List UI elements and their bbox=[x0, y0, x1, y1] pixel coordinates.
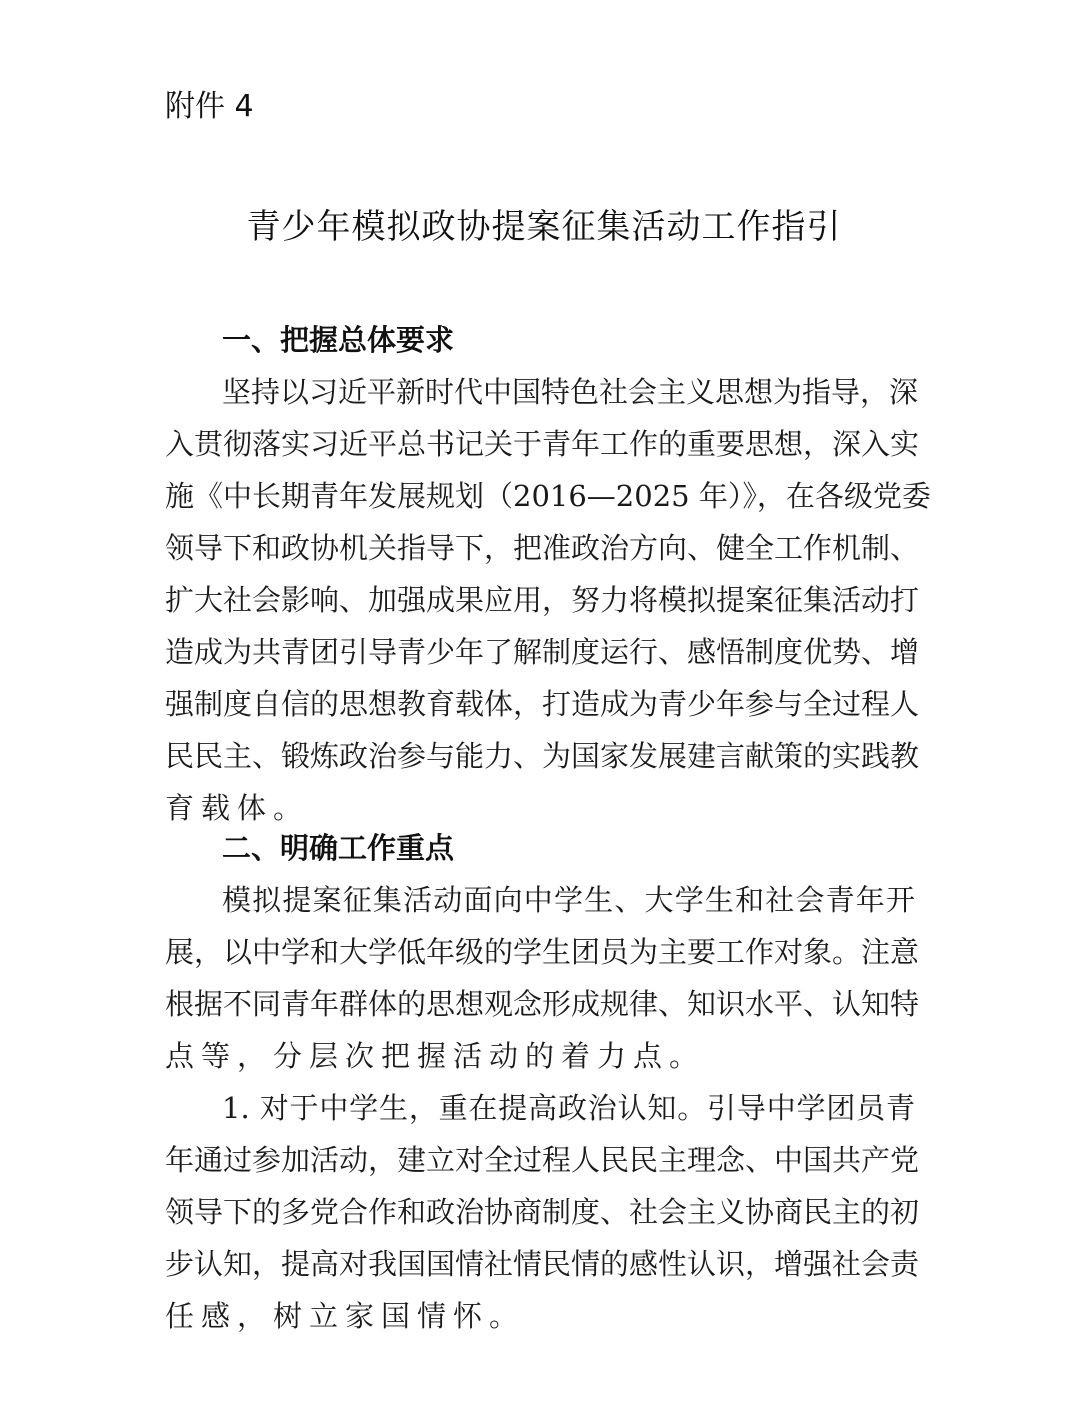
section-heading-overall-requirements: 一、把握总体要求 bbox=[222, 320, 454, 360]
paragraph-line: 模拟提案征集活动面向中学生、大学生和社会青年开 bbox=[222, 880, 915, 920]
paragraph-line: 领导下的多党合作和政治协商制度、社会主义协商民主的初 bbox=[165, 1192, 915, 1232]
document-title: 青少年模拟政协提案征集活动工作指引 bbox=[0, 204, 1080, 250]
paragraph-line: 入贯彻落实习近平总书记关于青年工作的重要思想，深入实 bbox=[165, 424, 915, 464]
paragraph-line: 点等，分层次把握活动的着力点。 bbox=[165, 1036, 915, 1076]
paragraph-line: 步认知，提高对我国国情社情民情的感性认识，增强社会责 bbox=[165, 1244, 915, 1284]
paragraph-line: 展，以中学和大学低年级的学生团员为主要工作对象。注意 bbox=[165, 932, 915, 972]
document-page: 附件 4 青少年模拟政协提案征集活动工作指引 一、把握总体要求 坚持以习近平新时… bbox=[0, 0, 1080, 1419]
paragraph-line: 坚持以习近平新时代中国特色社会主义思想为指导，深 bbox=[222, 372, 915, 412]
paragraph-line: 任感，树立家国情怀。 bbox=[165, 1296, 915, 1336]
paragraph-line: 根据不同青年群体的思想观念形成规律、知识水平、认知特 bbox=[165, 984, 915, 1024]
paragraph-line: 民民主、锻炼政治参与能力、为国家发展建言献策的实践教 bbox=[165, 736, 915, 776]
section-heading-work-focus: 二、明确工作重点 bbox=[222, 828, 454, 868]
paragraph-line: 扩大社会影响、加强成果应用，努力将模拟提案征集活动打 bbox=[165, 580, 915, 620]
paragraph-line: 强制度自信的思想教育载体，打造成为青少年参与全过程人 bbox=[165, 684, 915, 724]
paragraph-line: 年通过参加活动，建立对全过程人民民主理念、中国共产党 bbox=[165, 1140, 915, 1180]
list-item-middle-school-students: 1. 对于中学生，重在提高政治认知。引导中学团员青 bbox=[222, 1088, 915, 1128]
paragraph-line: 育载体。 bbox=[165, 788, 915, 828]
attachment-label: 附件 4 bbox=[165, 88, 254, 126]
paragraph-line: 施《中长期青年发展规划（2016—2025 年）》，在各级党委 bbox=[165, 476, 915, 516]
paragraph-line: 造成为共青团引导青少年了解制度运行、感悟制度优势、增 bbox=[165, 632, 915, 672]
paragraph-line: 领导下和政协机关指导下，把准政治方向、健全工作机制、 bbox=[165, 528, 915, 568]
